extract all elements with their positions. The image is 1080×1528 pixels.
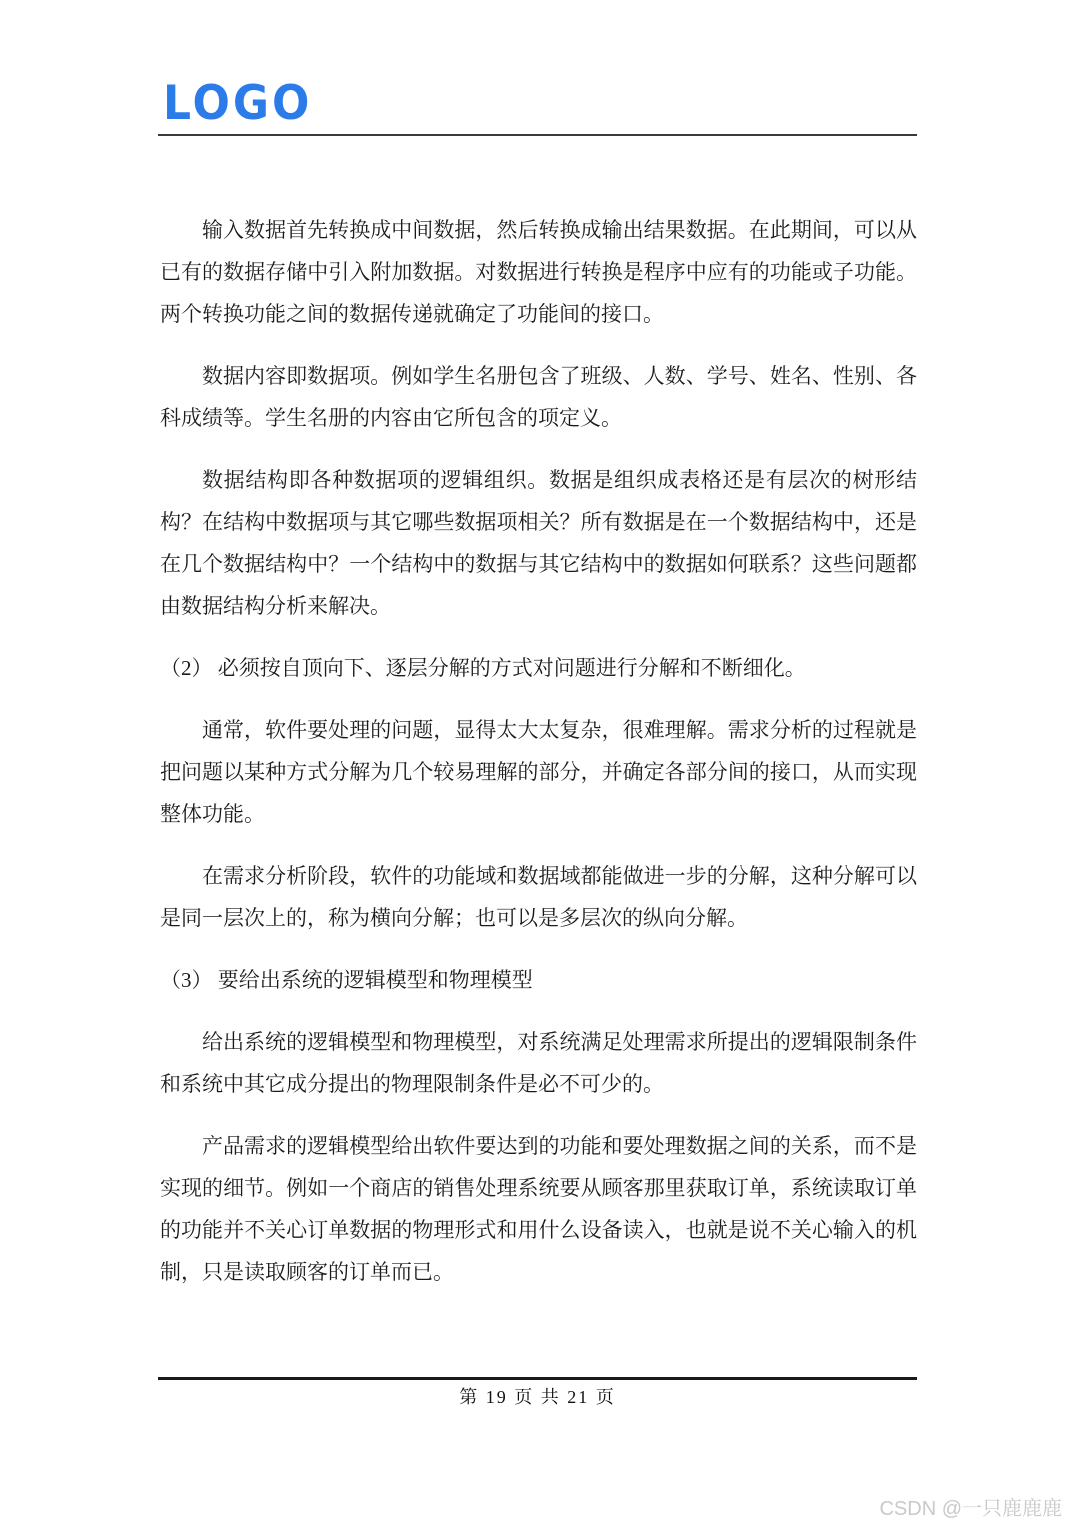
paragraph: 通常，软件要处理的问题，显得太大太复杂，很难理解。需求分析的过程就是把问题以某种… xyxy=(160,709,917,835)
document-page: LOGO 输入数据首先转换成中间数据，然后转换成输出结果数据。在此期间，可以从已… xyxy=(0,0,1080,1528)
paragraph: 输入数据首先转换成中间数据，然后转换成输出结果数据。在此期间，可以从已有的数据存… xyxy=(160,209,917,335)
list-item-2: （2） 必须按自顶向下、逐层分解的方式对问题进行分解和不断细化。 xyxy=(160,647,917,689)
page-number: 第 19 页 共 21 页 xyxy=(459,1383,616,1409)
paragraph: 给出系统的逻辑模型和物理模型，对系统满足处理需求所提出的逻辑限制条件和系统中其它… xyxy=(160,1021,917,1105)
list-item-3: （3） 要给出系统的逻辑模型和物理模型 xyxy=(160,959,917,1001)
paragraph: 数据内容即数据项。例如学生名册包含了班级、人数、学号、姓名、性别、各科成绩等。学… xyxy=(160,355,917,439)
paragraph: 产品需求的逻辑模型给出软件要达到的功能和要处理数据之间的关系，而不是实现的细节。… xyxy=(160,1125,917,1293)
page-header: LOGO xyxy=(158,78,917,136)
document-body: 输入数据首先转换成中间数据，然后转换成输出结果数据。在此期间，可以从已有的数据存… xyxy=(160,209,917,1313)
logo: LOGO xyxy=(163,78,312,130)
page-footer: 第 19 页 共 21 页 xyxy=(158,1377,917,1409)
paragraph: 在需求分析阶段，软件的功能域和数据域都能做进一步的分解，这种分解可以是同一层次上… xyxy=(160,855,917,939)
paragraph: 数据结构即各种数据项的逻辑组织。数据是组织成表格还是有层次的树形结构？在结构中数… xyxy=(160,459,917,627)
csdn-watermark: CSDN @一只鹿鹿鹿 xyxy=(879,1492,1062,1521)
